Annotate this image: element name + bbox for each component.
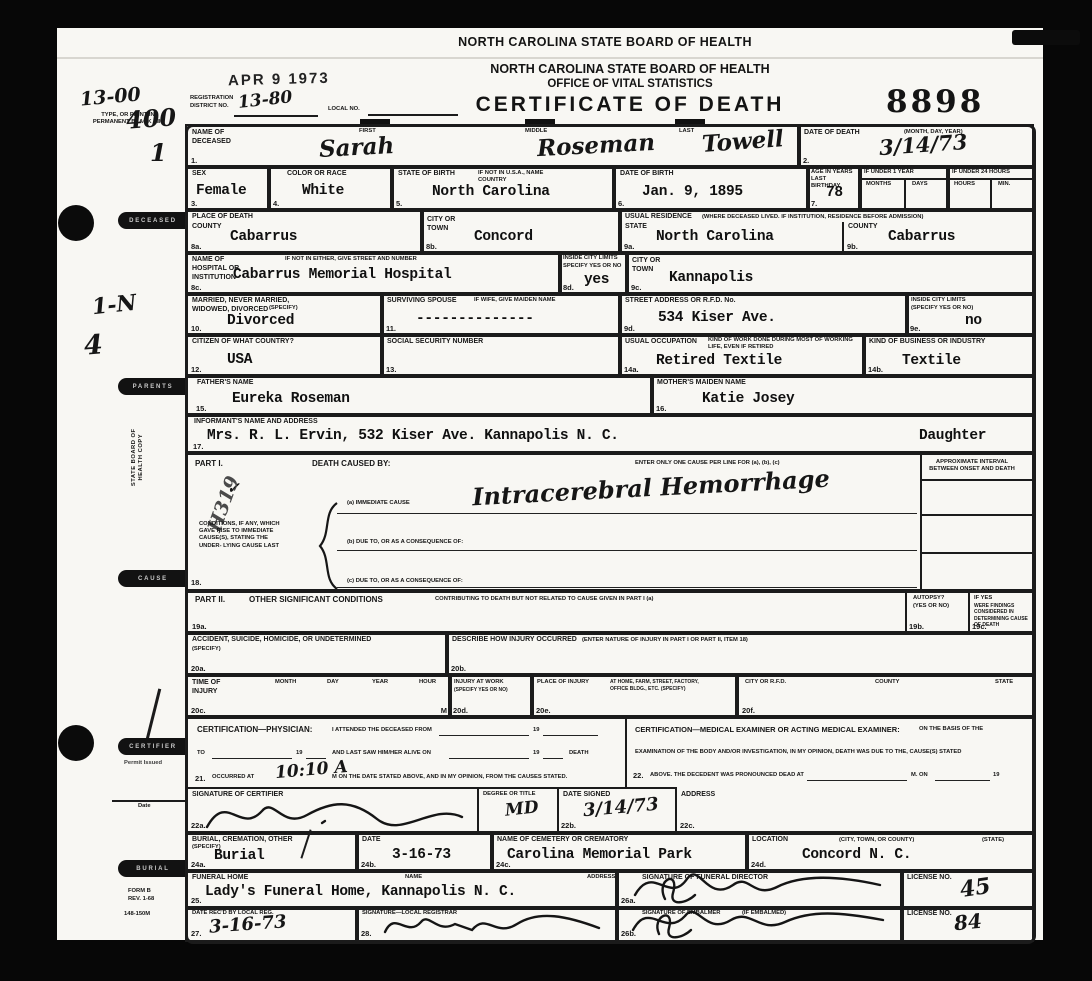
immediate-cause-value: Intracerebral Hemorrhage — [471, 464, 830, 512]
field-injury-location-20f: CITY OR R.F.D. COUNTY STATE 20f. — [735, 673, 1034, 719]
informant-value: Mrs. R. L. Ervin, 532 Kiser Ave. Kannapo… — [207, 428, 619, 444]
margin-code-4: 4 — [83, 329, 104, 361]
ssn-num: 13. — [386, 365, 396, 374]
tab-parents: PARENTS — [118, 378, 188, 395]
ssn-label: SOCIAL SECURITY NUMBER — [387, 338, 483, 347]
field-accident-20a: ACCIDENT, SUICIDE, HOMICIDE, OR UNDETERM… — [185, 631, 449, 677]
county-8a-num: 8a. — [191, 242, 201, 251]
time-of-injury-label: TIME OF INJURY — [192, 679, 232, 697]
findings-num: 19c. — [972, 622, 987, 631]
tab-certifier: CERTIFIER — [118, 738, 188, 755]
spouse-num: 11. — [386, 324, 396, 333]
to-text: TO — [197, 750, 205, 757]
other-conditions-label: OTHER SIGNIFICANT CONDITIONS — [249, 595, 383, 605]
blank-line — [807, 780, 907, 781]
header-agency: NORTH CAROLINA STATE BOARD OF HEALTH — [430, 62, 830, 76]
funeral-home-num: 25. — [191, 896, 201, 905]
form-revision: REV. 1-68 — [128, 896, 154, 903]
embalmer-license-label: LICENSE NO. — [907, 910, 952, 919]
citizen-value: USA — [227, 352, 252, 368]
director-license-value: 45 — [958, 873, 992, 903]
section-certification: CERTIFICATION—PHYSICIAN: I ATTENDED THE … — [185, 715, 1034, 835]
pen-mark — [300, 829, 311, 858]
injury-at-work-sub: (SPECIFY YES OR NO) — [454, 687, 524, 693]
divider — [920, 453, 922, 591]
cause-note: ENTER ONLY ONE CAUSE PER LINE FOR (a), (… — [635, 460, 780, 467]
hole-punch — [58, 205, 94, 241]
field-marital-status: MARRIED, NEVER MARRIED, WIDOWED, DIVORCE… — [185, 292, 384, 337]
mother-value: Katie Josey — [702, 391, 794, 407]
injury-county-header: COUNTY — [875, 679, 899, 686]
field-local-registrar-28: SIGNATURE—LOCAL REGISTRAR 28. — [355, 906, 619, 942]
day-header: DAY — [327, 679, 339, 686]
autopsy-label: AUTOPSY? — [913, 595, 944, 602]
state-9a-num: 9a. — [624, 242, 634, 251]
describe-injury-num: 20b. — [451, 664, 466, 673]
state-of-birth-num: 5. — [396, 199, 402, 208]
year-19: 19 — [296, 750, 302, 757]
header-office: OFFICE OF VITAL STATISTICS — [430, 78, 830, 90]
field-disposition-date-24b: DATE 24b. 3-16-73 — [355, 831, 494, 873]
field-time-of-injury-20c: TIME OF INJURY MONTH DAY YEAR HOUR 20c. … — [185, 673, 452, 719]
name-middle-value: Roseman — [536, 129, 655, 162]
degree-title-label: DEGREE OR TITLE — [483, 791, 536, 798]
field-street-9d: STREET ADDRESS OR R.F.D. No. 9d. 534 Kis… — [618, 292, 909, 337]
occupation-value: Retired Textile — [656, 353, 782, 369]
marital-sub: (SPECIFY) — [269, 305, 298, 312]
registration-district-label-2: DISTRICT NO. — [190, 103, 229, 110]
hole-punch — [58, 725, 94, 761]
occurred-text: OCCURRED AT — [212, 774, 254, 781]
conditions-note: CONDITIONS, IF ANY, WHICH GAVE RISE TO I… — [199, 521, 284, 550]
physician-cert-title: CERTIFICATION—PHYSICIAN: — [197, 725, 312, 735]
city-8b-num: 8b. — [426, 242, 437, 251]
field-describe-injury-20b: DESCRIBE HOW INJURY OCCURRED (ENTER NATU… — [445, 631, 1034, 677]
top-banner: NORTH CAROLINA STATE BOARD OF HEALTH — [405, 35, 805, 49]
degree-title-value: MD — [504, 797, 539, 820]
immediate-cause-label: (a) IMMEDIATE CAUSE — [347, 500, 410, 507]
print-code: 148-150M — [124, 911, 150, 918]
conditions-num: 18. — [191, 578, 201, 587]
cause-line-c — [337, 587, 917, 588]
field-director-license: LICENSE NO. 45 — [900, 869, 1034, 910]
date-rule-label: Date — [138, 803, 151, 810]
me-year-19: 19 — [993, 772, 999, 779]
am-pm-suffix: M — [441, 706, 447, 715]
industry-value: Textile — [902, 353, 961, 369]
field-race: COLOR OR RACE 4. White — [267, 165, 394, 212]
certifier-signature — [202, 789, 482, 833]
field-name-of-deceased: NAME OF DECEASED FIRST MIDDLE LAST 1. Sa… — [185, 124, 801, 169]
form-number: FORM B — [128, 888, 151, 895]
field-informant: INFORMANT'S NAME AND ADDRESS 17. Mrs. R.… — [185, 413, 1034, 455]
name-num: 1. — [191, 156, 197, 165]
field-disposition-24a: BURIAL, CREMATION, OTHER (SPECIFY) 24a. … — [185, 831, 359, 873]
spouse-label: SURVIVING SPOUSE — [387, 297, 457, 306]
field-citizen: CITIZEN OF WHAT COUNTRY? 12. USA — [185, 333, 384, 378]
accident-num: 20a. — [191, 664, 206, 673]
sex-value: Female — [196, 183, 246, 199]
divider — [842, 222, 844, 253]
state-of-birth-value: North Carolina — [432, 184, 550, 200]
attended-text: I ATTENDED THE DECEASED FROM — [332, 727, 432, 734]
funeral-home-value: Lady's Funeral Home, Kannapolis N. C. — [205, 884, 516, 900]
min-header: MIN. — [998, 181, 1010, 188]
divider — [968, 591, 970, 633]
city-9c-value: Kannapolis — [669, 270, 753, 286]
inside-city-8d-value: yes — [584, 272, 609, 288]
part2-note: CONTRIBUTING TO DEATH BUT NOT RELATED TO… — [435, 596, 653, 603]
father-num: 15. — [196, 404, 206, 413]
place-of-injury-sub1: AT HOME, FARM, STREET, FACTORY, — [610, 679, 699, 685]
injury-city-header: CITY OR R.F.D. — [745, 679, 786, 686]
divider — [477, 787, 479, 833]
funeral-home-label: FUNERAL HOME — [192, 874, 248, 883]
year-19: 19 — [533, 750, 539, 757]
city-9c-num: 9c. — [631, 283, 641, 292]
address-label: ADDRESS — [681, 791, 715, 800]
part1-label: PART I. — [195, 459, 223, 469]
county-8a-value: Cabarrus — [230, 229, 297, 245]
inside-city-9e-value: no — [965, 313, 982, 329]
sheet-edge — [57, 57, 1043, 59]
death-certificate-scan: NORTH CAROLINA STATE BOARD OF HEALTH NOR… — [0, 0, 1092, 981]
location-sub2: (STATE) — [982, 837, 1004, 844]
field-industry-14b: KIND OF BUSINESS OR INDUSTRY 14b. Textil… — [862, 333, 1034, 378]
inside-city-9e-sub: (SPECIFY YES OR NO) — [911, 305, 973, 312]
informant-num: 17. — [193, 442, 203, 451]
margin-code-400: 400 — [125, 102, 177, 134]
occupation-label: USUAL OCCUPATION — [625, 338, 697, 347]
name-last-value: Towell — [701, 125, 784, 158]
last-saw-text: AND LAST SAW HIM/HER ALIVE ON — [332, 750, 431, 757]
mother-label: MOTHER'S MAIDEN NAME — [657, 379, 746, 388]
interval-header: APPROXIMATE INTERVAL BETWEEN ONSET AND D… — [927, 459, 1017, 473]
usual-residence-label: USUAL RESIDENCE — [625, 213, 692, 222]
sex-label: SEX — [192, 170, 206, 179]
state-of-birth-sub: IF NOT IN U.S.A., NAME COUNTRY — [478, 170, 568, 184]
days-header: DAYS — [912, 181, 928, 188]
permit-issued-label: Permit Issued — [124, 760, 162, 767]
me-basis-text: ON THE BASIS OF THE — [919, 726, 983, 733]
field-date-of-birth: DATE OF BIRTH 6. Jan. 9, 1895 — [612, 165, 810, 212]
field-embalmer-26b: SIGNATURE OF EMBALMER (IF EMBALMED) 26b. — [615, 906, 904, 942]
injury-at-work-num: 20d. — [453, 706, 468, 715]
under-24-hours-label: IF UNDER 24 HOURS — [952, 169, 1010, 176]
disposition-date-num: 24b. — [361, 860, 376, 869]
blank-line — [449, 758, 529, 759]
date-of-death-value: 3/14/73 — [878, 129, 968, 160]
time-of-injury-num: 20c. — [191, 706, 206, 715]
copy-designation: STATE BOARD OF HEALTH COPY — [131, 417, 145, 497]
blank-line — [234, 115, 318, 117]
name-first-value: Sarah — [318, 132, 395, 163]
local-registrar-num: 28. — [361, 929, 371, 938]
citizen-label: CITIZEN OF WHAT COUNTRY? — [192, 338, 294, 347]
describe-injury-sub: (ENTER NATURE OF INJURY IN PART I OR PAR… — [582, 637, 748, 644]
city-9c-label: CITY OR TOWN — [632, 257, 662, 275]
me-line3-text: ABOVE. THE DECEDENT WAS PRONOUNCED DEAD … — [650, 772, 804, 779]
blank-line — [368, 114, 458, 116]
spouse-value: -------------- — [416, 311, 534, 327]
street-9d-value: 534 Kiser Ave. — [658, 310, 776, 326]
field-sex: SEX 3. Female — [185, 165, 271, 212]
margin-code-1: 1 — [150, 138, 167, 167]
section-part1: PART I. DEATH CAUSED BY: ENTER ONLY ONE … — [185, 451, 1034, 593]
year-19: 19 — [533, 727, 539, 734]
field-mother-name: MOTHER'S MAIDEN NAME 16. Katie Josey — [650, 374, 1034, 417]
field-date-received-27: DATE REC'D BY LOCAL REG. 27. 3-16-73 — [185, 906, 359, 942]
field-under-one-year: IF UNDER 1 YEAR MONTHS DAYS — [858, 165, 950, 212]
race-label: COLOR OR RACE — [287, 170, 347, 179]
occurred-rest-text: M ON THE DATE STATED ABOVE, AND IN MY OP… — [332, 774, 567, 781]
me-m-text: M. ON — [911, 772, 928, 779]
injury-at-work-label: INJURY AT WORK — [454, 679, 504, 686]
injury-location-num: 20f. — [742, 706, 755, 715]
year-header: YEAR — [372, 679, 388, 686]
street-9d-label: STREET ADDRESS OR R.F.D. No. — [625, 297, 736, 306]
county-9b-label: COUNTY — [848, 223, 878, 232]
local-registrar-signature — [377, 904, 607, 942]
hospital-8c-sub: IF NOT IN EITHER, GIVE STREET AND NUMBER — [285, 256, 417, 263]
cause-line-b — [337, 550, 917, 551]
date-received-stamp: APR 9 1973 — [228, 70, 330, 90]
blank-line — [935, 780, 990, 781]
age-num: 7. — [811, 199, 817, 208]
address-num: 22c. — [680, 821, 695, 830]
name-last-header: LAST — [679, 128, 694, 135]
divider — [905, 591, 907, 633]
informant-label: INFORMANT'S NAME AND ADDRESS — [194, 418, 318, 427]
due-to-c-label: (c) DUE TO, OR AS A CONSEQUENCE OF: — [347, 578, 463, 585]
city-8b-label: CITY OR TOWN — [427, 216, 457, 234]
age-value: 78 — [826, 185, 843, 201]
county-8a-label: COUNTY — [192, 223, 222, 232]
autopsy-num: 19b. — [909, 622, 924, 631]
inside-city-8d-label: INSIDE CITY LIMITS — [563, 255, 623, 262]
tab-deceased: DECEASED — [118, 212, 188, 229]
me-line2-text: EXAMINATION OF THE BODY AND/OR INVESTIGA… — [635, 749, 961, 756]
describe-injury-label: DESCRIBE HOW INJURY OCCURRED — [452, 636, 577, 645]
num-21: 21. — [195, 774, 205, 783]
hour-header: HOUR — [419, 679, 436, 686]
race-value: White — [302, 183, 344, 199]
field-state-of-birth: STATE OF BIRTH IF NOT IN U.S.A., NAME CO… — [390, 165, 616, 212]
name-label: NAME OF DECEASED — [192, 129, 237, 147]
field-occupation-14a: USUAL OCCUPATION KIND OF WORK DONE DURIN… — [618, 333, 866, 378]
hospital-8c-value: Cabarrus Memorial Hospital — [233, 267, 451, 283]
blank-line — [543, 758, 563, 759]
tab-burial: BURIAL — [118, 860, 188, 877]
inside-city-9e-label: INSIDE CITY LIMITS — [911, 297, 966, 304]
place-of-death-label: PLACE OF DEATH — [192, 213, 253, 222]
page-title: CERTIFICATE OF DEATH — [430, 93, 830, 117]
industry-label: KIND OF BUSINESS OR INDUSTRY — [869, 338, 985, 347]
field-place-of-death-county: PLACE OF DEATH COUNTY 8a. Cabarrus — [185, 208, 424, 255]
field-father-name: FATHER'S NAME 15. Eureka Roseman — [185, 374, 654, 417]
field-city-8b: CITY OR TOWN 8b. Concord — [420, 208, 622, 255]
me-num-22: 22. — [633, 771, 643, 780]
field-city-9c: CITY OR TOWN 9c. Kannapolis — [625, 251, 1034, 296]
field-under-24-hours: IF UNDER 24 HOURS HOURS MIN. — [946, 165, 1034, 212]
citizen-num: 12. — [191, 365, 201, 374]
place-of-injury-label: PLACE OF INJURY — [537, 679, 589, 686]
accident-sub: (SPECIFY) — [192, 646, 221, 653]
field-injury-at-work-20d: INJURY AT WORK (SPECIFY YES OR NO) 20d. — [448, 673, 534, 719]
place-of-injury-sub2: OFFICE BLDG., ETC. (SPECIFY) — [610, 686, 686, 692]
funeral-home-sub1: NAME — [405, 874, 422, 881]
funeral-home-sub2: ADDRESS — [587, 874, 615, 881]
margin-code-1n: 1-N — [91, 290, 138, 321]
disposition-num: 24a. — [191, 860, 206, 869]
date-of-death-label: DATE OF DEATH — [804, 129, 860, 138]
disposition-date-label: DATE — [362, 836, 381, 845]
blank-line — [212, 758, 292, 759]
date-of-birth-label: DATE OF BIRTH — [620, 170, 674, 179]
disposition-date-value: 3-16-73 — [392, 847, 451, 863]
field-date-of-death: DATE OF DEATH (MONTH, DAY, YEAR) 2. 3/14… — [797, 124, 1034, 169]
findings-label: IF YES — [974, 595, 992, 602]
inside-city-8d-num: 8d. — [563, 283, 574, 292]
divider — [920, 552, 1032, 554]
hours-header: HOURS — [954, 181, 975, 188]
death-word: DEATH — [569, 750, 589, 757]
field-inside-city-8d: INSIDE CITY LIMITS SPECIFY YES OR NO 8d.… — [558, 251, 629, 296]
race-num: 4. — [273, 199, 279, 208]
month-header: MONTH — [275, 679, 296, 686]
divider — [920, 514, 1032, 516]
conditions-brace — [315, 501, 341, 591]
divider — [625, 717, 627, 787]
sex-num: 3. — [191, 199, 197, 208]
field-embalmer-license: LICENSE NO. 84 — [900, 906, 1034, 942]
section-part2: PART II. OTHER SIGNIFICANT CONDITIONS CO… — [185, 589, 1034, 635]
field-place-of-injury-20e: PLACE OF INJURY AT HOME, FARM, STREET, F… — [530, 673, 739, 719]
marital-label: MARRIED, NEVER MARRIED, WIDOWED, DIVORCE… — [192, 297, 317, 315]
under-one-year-label: IF UNDER 1 YEAR — [864, 169, 914, 176]
blank-line — [439, 735, 529, 736]
part2-label: PART II. — [195, 595, 225, 605]
occupation-sub: KIND OF WORK DONE DURING MOST OF WORKING… — [708, 337, 858, 351]
street-9d-num: 9d. — [624, 324, 635, 333]
marital-num: 10. — [191, 324, 201, 333]
certificate-number: 8898 — [886, 84, 984, 120]
death-caused-by-label: DEATH CAUSED BY: — [312, 459, 390, 469]
marital-value: Divorced — [227, 313, 294, 329]
date-received-num: 27. — [191, 929, 201, 938]
field-hospital-8c: NAME OF HOSPITAL OR INSTITUTION IF NOT I… — [185, 251, 562, 296]
place-of-injury-num: 20e. — [536, 706, 551, 715]
date-signed-num: 22b. — [561, 821, 576, 830]
date-received-value: 3-16-73 — [208, 911, 287, 937]
county-9b-num: 9b. — [847, 242, 858, 251]
usual-residence-sub: (WHERE DECEASED LIVED. IF INSTITUTION, R… — [702, 214, 923, 221]
informant-relation: Daughter — [919, 428, 986, 444]
embalmer-license-value: 84 — [953, 909, 983, 936]
occupation-num: 14a. — [624, 365, 639, 374]
me-cert-title: CERTIFICATION—MEDICAL EXAMINER OR ACTING… — [635, 725, 900, 734]
field-inside-city-9e: INSIDE CITY LIMITS (SPECIFY YES OR NO) 9… — [905, 292, 1034, 337]
location-sub1: (CITY, TOWN, OR COUNTY) — [839, 837, 914, 844]
date-of-birth-value: Jan. 9, 1895 — [642, 184, 743, 200]
inside-city-9e-num: 9e. — [910, 324, 920, 333]
field-age: AGE IN YEARS LAST BIRTHDAY 7. 78 — [806, 165, 862, 212]
local-no-label: LOCAL NO. — [328, 106, 360, 113]
disposition-value: Burial — [214, 848, 264, 864]
father-label: FATHER'S NAME — [197, 379, 253, 388]
blank-line — [543, 735, 598, 736]
cemetery-label: NAME OF CEMETERY OR CREMATORY — [497, 836, 628, 845]
part2-num: 19a. — [192, 622, 207, 631]
tab-cause: CAUSE — [118, 570, 188, 587]
injury-state-header: STATE — [995, 679, 1013, 686]
autopsy-sub: (YES OR NO) — [913, 603, 949, 610]
months-header: MONTHS — [866, 181, 891, 188]
state-9a-value: North Carolina — [656, 229, 774, 245]
hospital-8c-num: 8c. — [191, 283, 201, 292]
county-9b-value: Cabarrus — [888, 229, 955, 245]
inside-city-8d-sub: SPECIFY YES OR NO — [563, 263, 623, 270]
divider — [557, 787, 559, 833]
date-of-death-num: 2. — [803, 156, 809, 165]
registration-district-label-1: REGISTRATION — [190, 95, 233, 102]
mother-num: 16. — [656, 404, 666, 413]
date-rule — [112, 800, 185, 802]
cause-line-a — [337, 513, 917, 514]
embalmer-signature — [625, 898, 895, 940]
city-8b-value: Concord — [474, 229, 533, 245]
director-license-label: LICENSE NO. — [907, 874, 952, 883]
date-of-birth-num: 6. — [618, 199, 624, 208]
state-9a-label: STATE — [625, 223, 647, 232]
divider — [990, 178, 992, 210]
accident-label: ACCIDENT, SUICIDE, HOMICIDE, OR UNDETERM… — [192, 636, 442, 645]
divider — [920, 479, 1032, 481]
divider — [675, 787, 677, 833]
spouse-sub: IF WIFE, GIVE MAIDEN NAME — [474, 297, 555, 304]
father-value: Eureka Roseman — [232, 391, 350, 407]
due-to-b-label: (b) DUE TO, OR AS A CONSEQUENCE OF: — [347, 539, 463, 546]
field-surviving-spouse: SURVIVING SPOUSE IF WIFE, GIVE MAIDEN NA… — [380, 292, 622, 337]
scan-artifact — [1012, 30, 1080, 45]
industry-num: 14b. — [868, 365, 883, 374]
divider — [904, 178, 906, 210]
field-usual-residence: USUAL RESIDENCE (WHERE DECEASED LIVED. I… — [618, 208, 1034, 255]
field-ssn: SOCIAL SECURITY NUMBER 13. — [380, 333, 622, 378]
location-label: LOCATION — [752, 836, 788, 845]
state-of-birth-label: STATE OF BIRTH — [398, 170, 455, 179]
